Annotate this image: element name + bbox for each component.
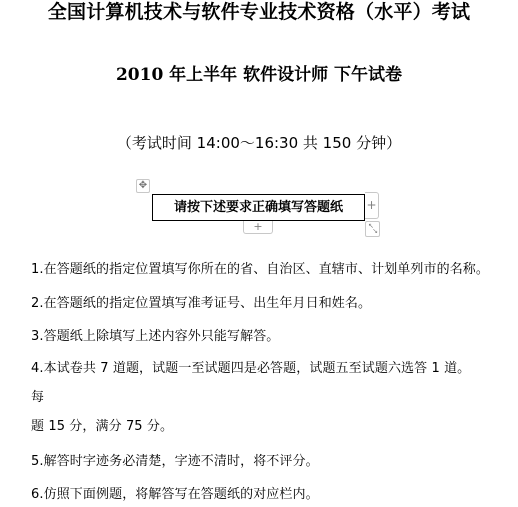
instruction-item-4: 4.本试卷共 7 道题，试题一至试题四是必答题，试题五至试题六选答 1 道。	[31, 360, 470, 377]
resize-arrow-se-icon: ↘	[372, 228, 378, 235]
table-resize-handle[interactable]: ↖ ↘	[365, 221, 380, 237]
notice-box[interactable]: 请按下述要求正确填写答题纸	[152, 194, 365, 221]
exam-time: （考试时间 14:00～16:30 共 150 分钟）	[0, 133, 518, 153]
add-column-button[interactable]: +	[365, 192, 379, 219]
instruction-item-1: 1.在答题纸的指定位置填写你所在的省、自治区、直辖市、计划单列市的名称。	[31, 261, 489, 278]
exam-title: 全国计算机技术与软件专业技术资格（水平）考试	[0, 1, 518, 23]
instruction-item-5: 5.解答时字迹务必清楚，字迹不清时，将不评分。	[31, 453, 319, 470]
instruction-item-3: 3.答题纸上除填写上述内容外只能写解答。	[31, 328, 279, 345]
instruction-item-4-wrap-b: 题 15 分，满分 75 分。	[31, 418, 173, 435]
instruction-item-4-wrap-a: 每	[31, 389, 44, 406]
instruction-item-2: 2.在答题纸的指定位置填写准考证号、出生年月日和姓名。	[31, 295, 371, 312]
add-row-button[interactable]: +	[243, 221, 273, 234]
instruction-item-6: 6.仿照下面例题，将解答写在答题纸的对应栏内。	[31, 486, 319, 503]
table-move-handle-icon[interactable]: ✥	[136, 179, 150, 193]
exam-subtitle: 2010 年上半年 软件设计师 下午试卷	[0, 64, 518, 86]
